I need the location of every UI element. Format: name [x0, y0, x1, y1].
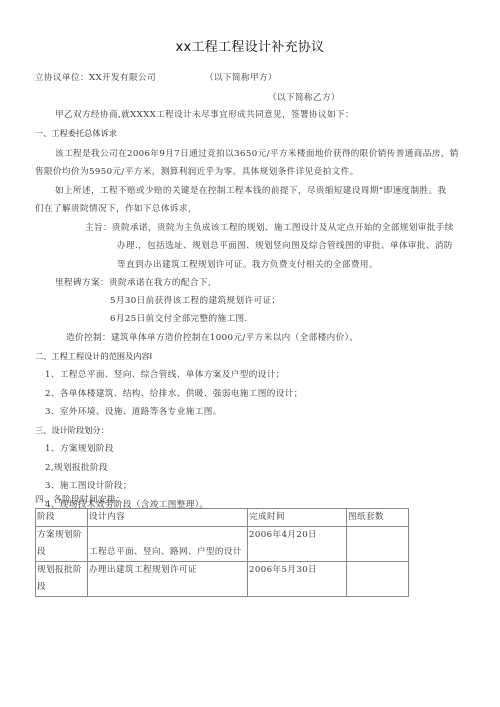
- header-stage: 阶段: [36, 509, 88, 527]
- main-purpose-line2: 办理.，包括选址、规划总平面图、规划竖向图及综合管线图的审批、单体审批、消防: [117, 240, 453, 252]
- section-3-item-1: 1、方案规划阶段: [45, 443, 114, 455]
- section-3-heading: 三、设计阶段划分：: [35, 425, 109, 436]
- table-row: 方案规划阶段 工程总平面、竖向、路网、户型的设计 2006年4月20日: [36, 527, 409, 562]
- table-row: 规划报批阶段 办理出建筑工程规划许可证 2006年5月30日: [36, 562, 409, 597]
- party-b-note: （以下简称乙方）: [268, 92, 340, 104]
- cell-sets: [347, 562, 409, 597]
- section-2-item-1: 1、工程总平面、竖向、综合管线、单体方案及户型的设计；: [45, 369, 285, 381]
- main-purpose-line3: 等直到办出建筑工程规划许可证。我方负费支付相关的全部费用。: [117, 259, 378, 271]
- section-3-item-3: 3、施工图设计阶段；: [45, 480, 132, 492]
- section-1-heading: 一、工程委托总体诉求: [35, 128, 117, 139]
- section-4-heading: 四、各阶段时间安排：: [35, 494, 125, 506]
- table-header-row: 阶段 设计内容 完成时间 图纸套数: [36, 509, 409, 527]
- section-1-para1-line1: 该工程是我公司在2006年9月7日通过竞拍以3650元/平方米楼面地价获得的限价…: [55, 148, 459, 160]
- cell-stage: 方案规划阶段: [36, 527, 88, 562]
- header-completion-time: 完成时间: [248, 509, 347, 527]
- intro-text: 甲乙双方经协商,就XXXX工程设计未尽事宜形成共同意见，签署协议如下：: [55, 109, 354, 121]
- document-title: xx工程工程设计补充协议: [0, 36, 500, 55]
- milestone-label: 里程碑方案：贵院承诺在我方的配合下，: [55, 277, 217, 289]
- milestone-1: 5月30日前获得该工程的建筑规划许可证；: [110, 295, 281, 307]
- cell-content: 工程总平面、竖向、路网、户型的设计: [88, 527, 248, 562]
- section-1-para2-line2: 们在了解贵院情况下，作如下总体诉求，: [35, 203, 197, 215]
- party-a-note: （以下简称甲方）: [205, 72, 277, 84]
- section-2-item-3: 3、室外环境、设施、道路等各专业施工图。: [45, 406, 222, 418]
- cell-date: 2006年4月20日: [248, 527, 347, 562]
- cell-stage: 规划报批阶段: [36, 562, 88, 597]
- cell-date: 2006年5月30日: [248, 562, 347, 597]
- header-design-content: 设计内容: [88, 509, 248, 527]
- party-label: 立协议单位：XX开发有限公司: [35, 72, 156, 84]
- schedule-table: 阶段 设计内容 完成时间 图纸套数 方案规划阶段 工程总平面、竖向、路网、户型的…: [35, 508, 409, 597]
- header-drawing-sets: 图纸套数: [347, 509, 409, 527]
- cell-sets: [347, 527, 409, 562]
- section-2-item-2: 2、各单体楼建筑、结构、给排水、供暖、强弱电施工图的设计；: [45, 388, 303, 400]
- section-1-para1-line2: 售限价均价为5950元/平方米，测算利润近乎为零。具体规划条件详见竞拍文件。: [35, 166, 359, 178]
- section-2-heading: 二、工程工程设计的范围及内容I: [35, 351, 152, 362]
- section-1-para2-line1: 如上所述，工程不赔或少赔的关键是在控制工程本钱的前提下，尽贵缩短建设周期“即速度…: [55, 185, 447, 197]
- cost-control: 造价控制：建筑单体单方造价控制在1000元/平方米以内（全部楼内价）。: [66, 332, 358, 344]
- cell-content: 办理出建筑工程规划许可证: [88, 562, 248, 597]
- main-purpose-line1: 主旨：贵院承诺，贵院为主负成该工程的规划、施工图设计及从定点开始的全部规划审批手…: [85, 222, 454, 234]
- milestone-2: 6月25日前交付全部完整的施工图.: [110, 313, 248, 325]
- section-3-item-2: 2,规划报批阶段: [45, 462, 108, 474]
